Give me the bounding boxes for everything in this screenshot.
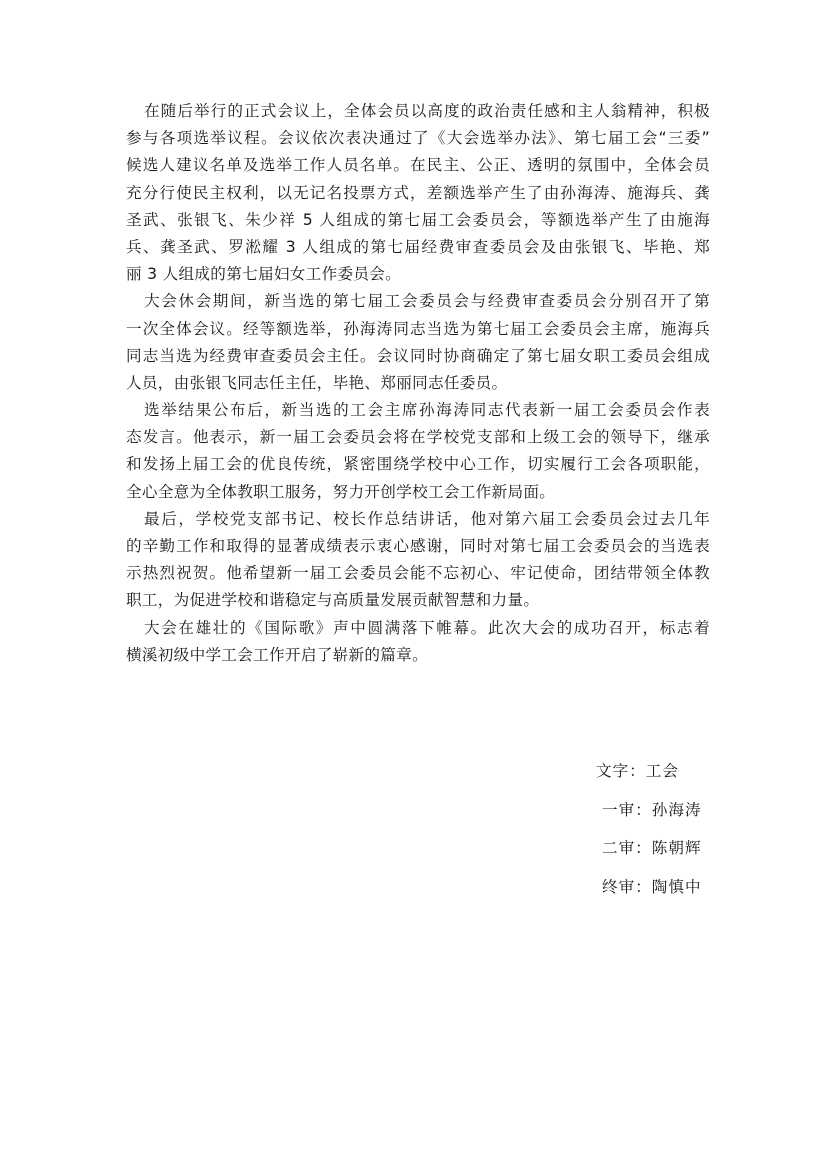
text-line: 的辛勤工作和取得的显著成绩表示衷心感谢，同时对第七届工会委员会的当选表: [126, 533, 710, 560]
first-review-credit: 一审：孙海涛: [596, 796, 736, 835]
text-line: 示热烈祝贺。他希望新一届工会委员会能不忘初心、牢记使命，团结带领全体教: [126, 560, 710, 587]
text-line: 丽 3 人组成的第七届妇女工作委员会。: [126, 261, 710, 288]
text-line: 在随后举行的正式会议上，全体会员以高度的政治责任感和主人翁精神，积极: [126, 98, 710, 125]
text-line: 职工，为促进学校和谐稳定与高质量发展贡献智慧和力量。: [126, 587, 710, 614]
signature-block: 文字：工会 一审：孙海涛 二审：陈朝辉 终审：陶慎中: [596, 757, 736, 911]
text-line: 大会在雄壮的《国际歌》声中圆满落下帷幕。此次大会的成功召开，标志着: [126, 615, 710, 642]
text-line: 和发扬上届工会的优良传统，紧密围绕学校中心工作，切实履行工会各项职能，: [126, 451, 710, 478]
paragraph-closing: 大会在雄壮的《国际歌》声中圆满落下帷幕。此次大会的成功召开，标志着 横溪初级中学…: [126, 615, 710, 669]
text-line: 选举结果公布后，新当选的工会主席孙海涛同志代表新一届工会委员会作表: [126, 397, 710, 424]
text-line: 参与各项选举议程。会议依次表决通过了《大会选举办法》、第七届工会“三委”: [126, 125, 710, 152]
paragraph-principal-summary: 最后，学校党支部书记、校长作总结讲话，他对第六届工会委员会过去几年 的辛勤工作和…: [126, 506, 710, 615]
second-review-credit: 二审：陈朝辉: [596, 834, 736, 873]
text-line: 横溪初级中学工会工作开启了崭新的篇章。: [126, 642, 710, 669]
document-page: 在随后举行的正式会议上，全体会员以高度的政治责任感和主人翁精神，积极 参与各项选…: [0, 0, 827, 1170]
text-line: 全心全意为全体教职工服务，努力开创学校工会工作新局面。: [126, 479, 710, 506]
article-body: 在随后举行的正式会议上，全体会员以高度的政治责任感和主人翁精神，积极 参与各项选…: [126, 98, 710, 669]
text-line: 最后，学校党支部书记、校长作总结讲话，他对第六届工会委员会过去几年: [126, 506, 710, 533]
text-line: 候选人建议名单及选举工作人员名单。在民主、公正、透明的氛围中，全体会员: [126, 152, 710, 179]
text-line: 态发言。他表示，新一届工会委员会将在学校党支部和上级工会的领导下，继承: [126, 424, 710, 451]
final-review-credit: 终审：陶慎中: [596, 873, 736, 912]
text-line: 一次全体会议。经等额选举，孙海涛同志当选为第七届工会委员会主席，施海兵: [126, 316, 710, 343]
text-line: 圣武、张银飞、朱少祥 5 人组成的第七届工会委员会，等额选举产生了由施海: [126, 207, 710, 234]
text-line: 同志当选为经费审查委员会主任。会议同时协商确定了第七届女职工委员会组成: [126, 343, 710, 370]
text-line: 兵、龚圣武、罗淞耀 3 人组成的第七届经费审查委员会及由张银飞、毕艳、郑: [126, 234, 710, 261]
paragraph-chairman-speech: 选举结果公布后，新当选的工会主席孙海涛同志代表新一届工会委员会作表 态发言。他表…: [126, 397, 710, 506]
paragraph-recess-meeting: 大会休会期间，新当选的第七届工会委员会与经费审查委员会分别召开了第 一次全体会议…: [126, 288, 710, 397]
paragraph-election-meeting: 在随后举行的正式会议上，全体会员以高度的政治责任感和主人翁精神，积极 参与各项选…: [126, 98, 710, 288]
text-line: 人员，由张银飞同志任主任，毕艳、郑丽同志任委员。: [126, 370, 710, 397]
author-credit: 文字：工会: [596, 757, 736, 796]
text-line: 大会休会期间，新当选的第七届工会委员会与经费审查委员会分别召开了第: [126, 288, 710, 315]
text-line: 充分行使民主权利，以无记名投票方式，差额选举产生了由孙海涛、施海兵、龚: [126, 180, 710, 207]
